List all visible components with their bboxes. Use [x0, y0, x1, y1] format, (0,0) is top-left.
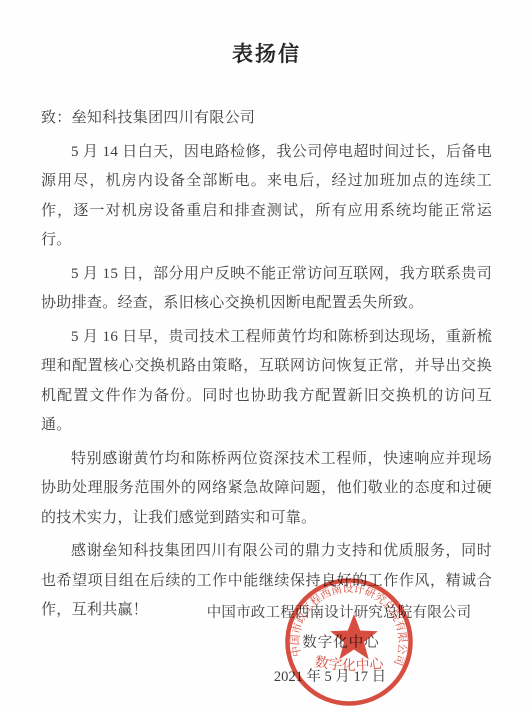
recipient-line: 致：垒知科技集团四川有限公司: [41, 104, 492, 134]
letter-body: 表扬信 致：垒知科技集团四川有限公司 5 月 14 日白天，因电路检修，我公司停…: [0, 0, 532, 626]
paragraph-4: 特别感谢黄竹均和陈桥两位资深技术工程师，快速响应并现场协助处理服务范围外的网络紧…: [41, 445, 492, 534]
paragraph-1: 5 月 14 日白天，因电路检修，我公司停电超时间过长，后备电源用尽，机房内设备…: [41, 138, 492, 256]
company-seal-stamp-icon: 中国市政工程西南设计研究总院有限公司 数字化中心: [281, 574, 417, 710]
letter-title: 表扬信: [41, 38, 492, 68]
letter-page: 表扬信 致：垒知科技集团四川有限公司 5 月 14 日白天，因电路检修，我公司停…: [0, 0, 532, 713]
paragraph-3: 5 月 16 日早，贵司技术工程师黄竹均和陈桥到达现场，重新梳理和配置核心交换机…: [41, 323, 492, 441]
svg-text:数字化中心: 数字化中心: [313, 653, 385, 674]
seal-star-icon: [330, 614, 378, 659]
paragraph-2: 5 月 15 日，部分用户反映不能正常访问互联网，我方联系贵司协助排查。经查，系…: [41, 260, 492, 319]
seal-bottom-text: 数字化中心: [313, 653, 385, 674]
